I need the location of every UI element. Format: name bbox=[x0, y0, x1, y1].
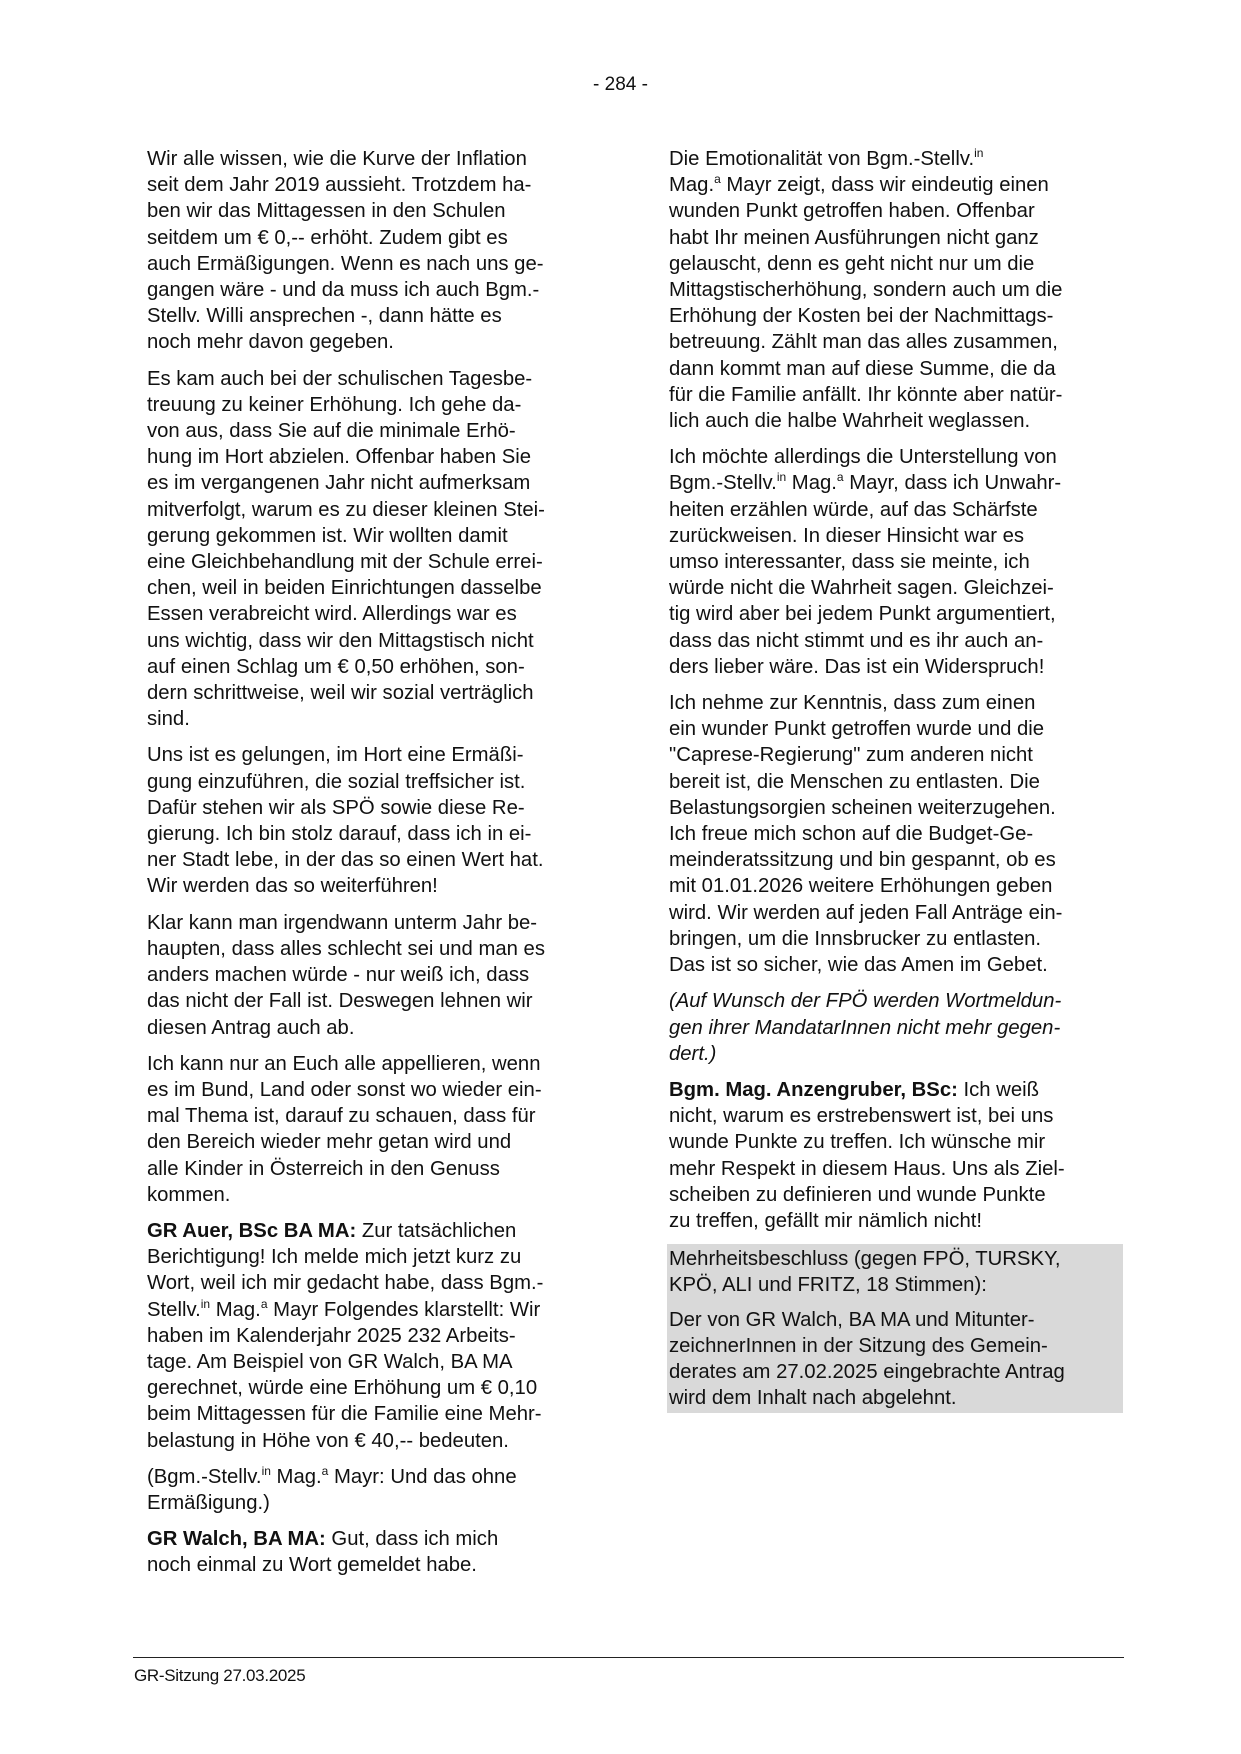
left-column: Wir alle wissen, wie die Kurve der Infla… bbox=[147, 146, 599, 1589]
speech-paragraph: Bgm. Mag. Anzengruber, BSc: Ich weiß nic… bbox=[669, 1077, 1125, 1234]
paragraph: Uns ist es gelungen, im Hort eine Ermäßi… bbox=[147, 742, 599, 899]
paragraph: Klar kann man irgendwann unterm Jahr be-… bbox=[147, 910, 599, 1041]
vote-result: Mehrheitsbeschluss (gegen FPÖ, TURSKY, K… bbox=[669, 1246, 1121, 1298]
paragraph: Wir alle wissen, wie die Kurve der Infla… bbox=[147, 146, 599, 356]
paragraph: Es kam auch bei der schulischen Tagesbe-… bbox=[147, 366, 599, 733]
speaker-name: GR Walch, BA MA: bbox=[147, 1528, 326, 1550]
footer-divider bbox=[133, 1657, 1124, 1658]
editorial-note: (Auf Wunsch der FPÖ werden Wortmeldun- g… bbox=[669, 988, 1125, 1067]
page-number: - 284 - bbox=[0, 74, 1241, 96]
paragraph: Ich nehme zur Kenntnis, dass zum einen e… bbox=[669, 690, 1125, 978]
paragraph: Ich kann nur an Euch alle appellieren, w… bbox=[147, 1051, 599, 1208]
footer-session-date: GR-Sitzung 27.03.2025 bbox=[134, 1666, 305, 1686]
right-column: Die Emotionalität von Bgm.-Stellv.in Mag… bbox=[669, 146, 1125, 1413]
speech-paragraph: GR Walch, BA MA: Gut, dass ich mich noch… bbox=[147, 1526, 599, 1578]
paragraph: Ich möchte allerdings die Unterstellung … bbox=[669, 444, 1125, 680]
speech-paragraph: GR Auer, BSc BA MA: Zur tatsächlichen Be… bbox=[147, 1218, 599, 1454]
decision-text: Der von GR Walch, BA MA und Mitunter- ze… bbox=[669, 1307, 1121, 1412]
speaker-name: Bgm. Mag. Anzengruber, BSc: bbox=[669, 1079, 958, 1101]
paragraph: Die Emotionalität von Bgm.-Stellv.in Mag… bbox=[669, 146, 1125, 434]
decision-box: Mehrheitsbeschluss (gegen FPÖ, TURSKY, K… bbox=[667, 1244, 1123, 1413]
interjection-paragraph: (Bgm.-Stellv.in Mag.a Mayr: Und das ohne… bbox=[147, 1464, 599, 1516]
speaker-name: GR Auer, BSc BA MA: bbox=[147, 1220, 356, 1242]
